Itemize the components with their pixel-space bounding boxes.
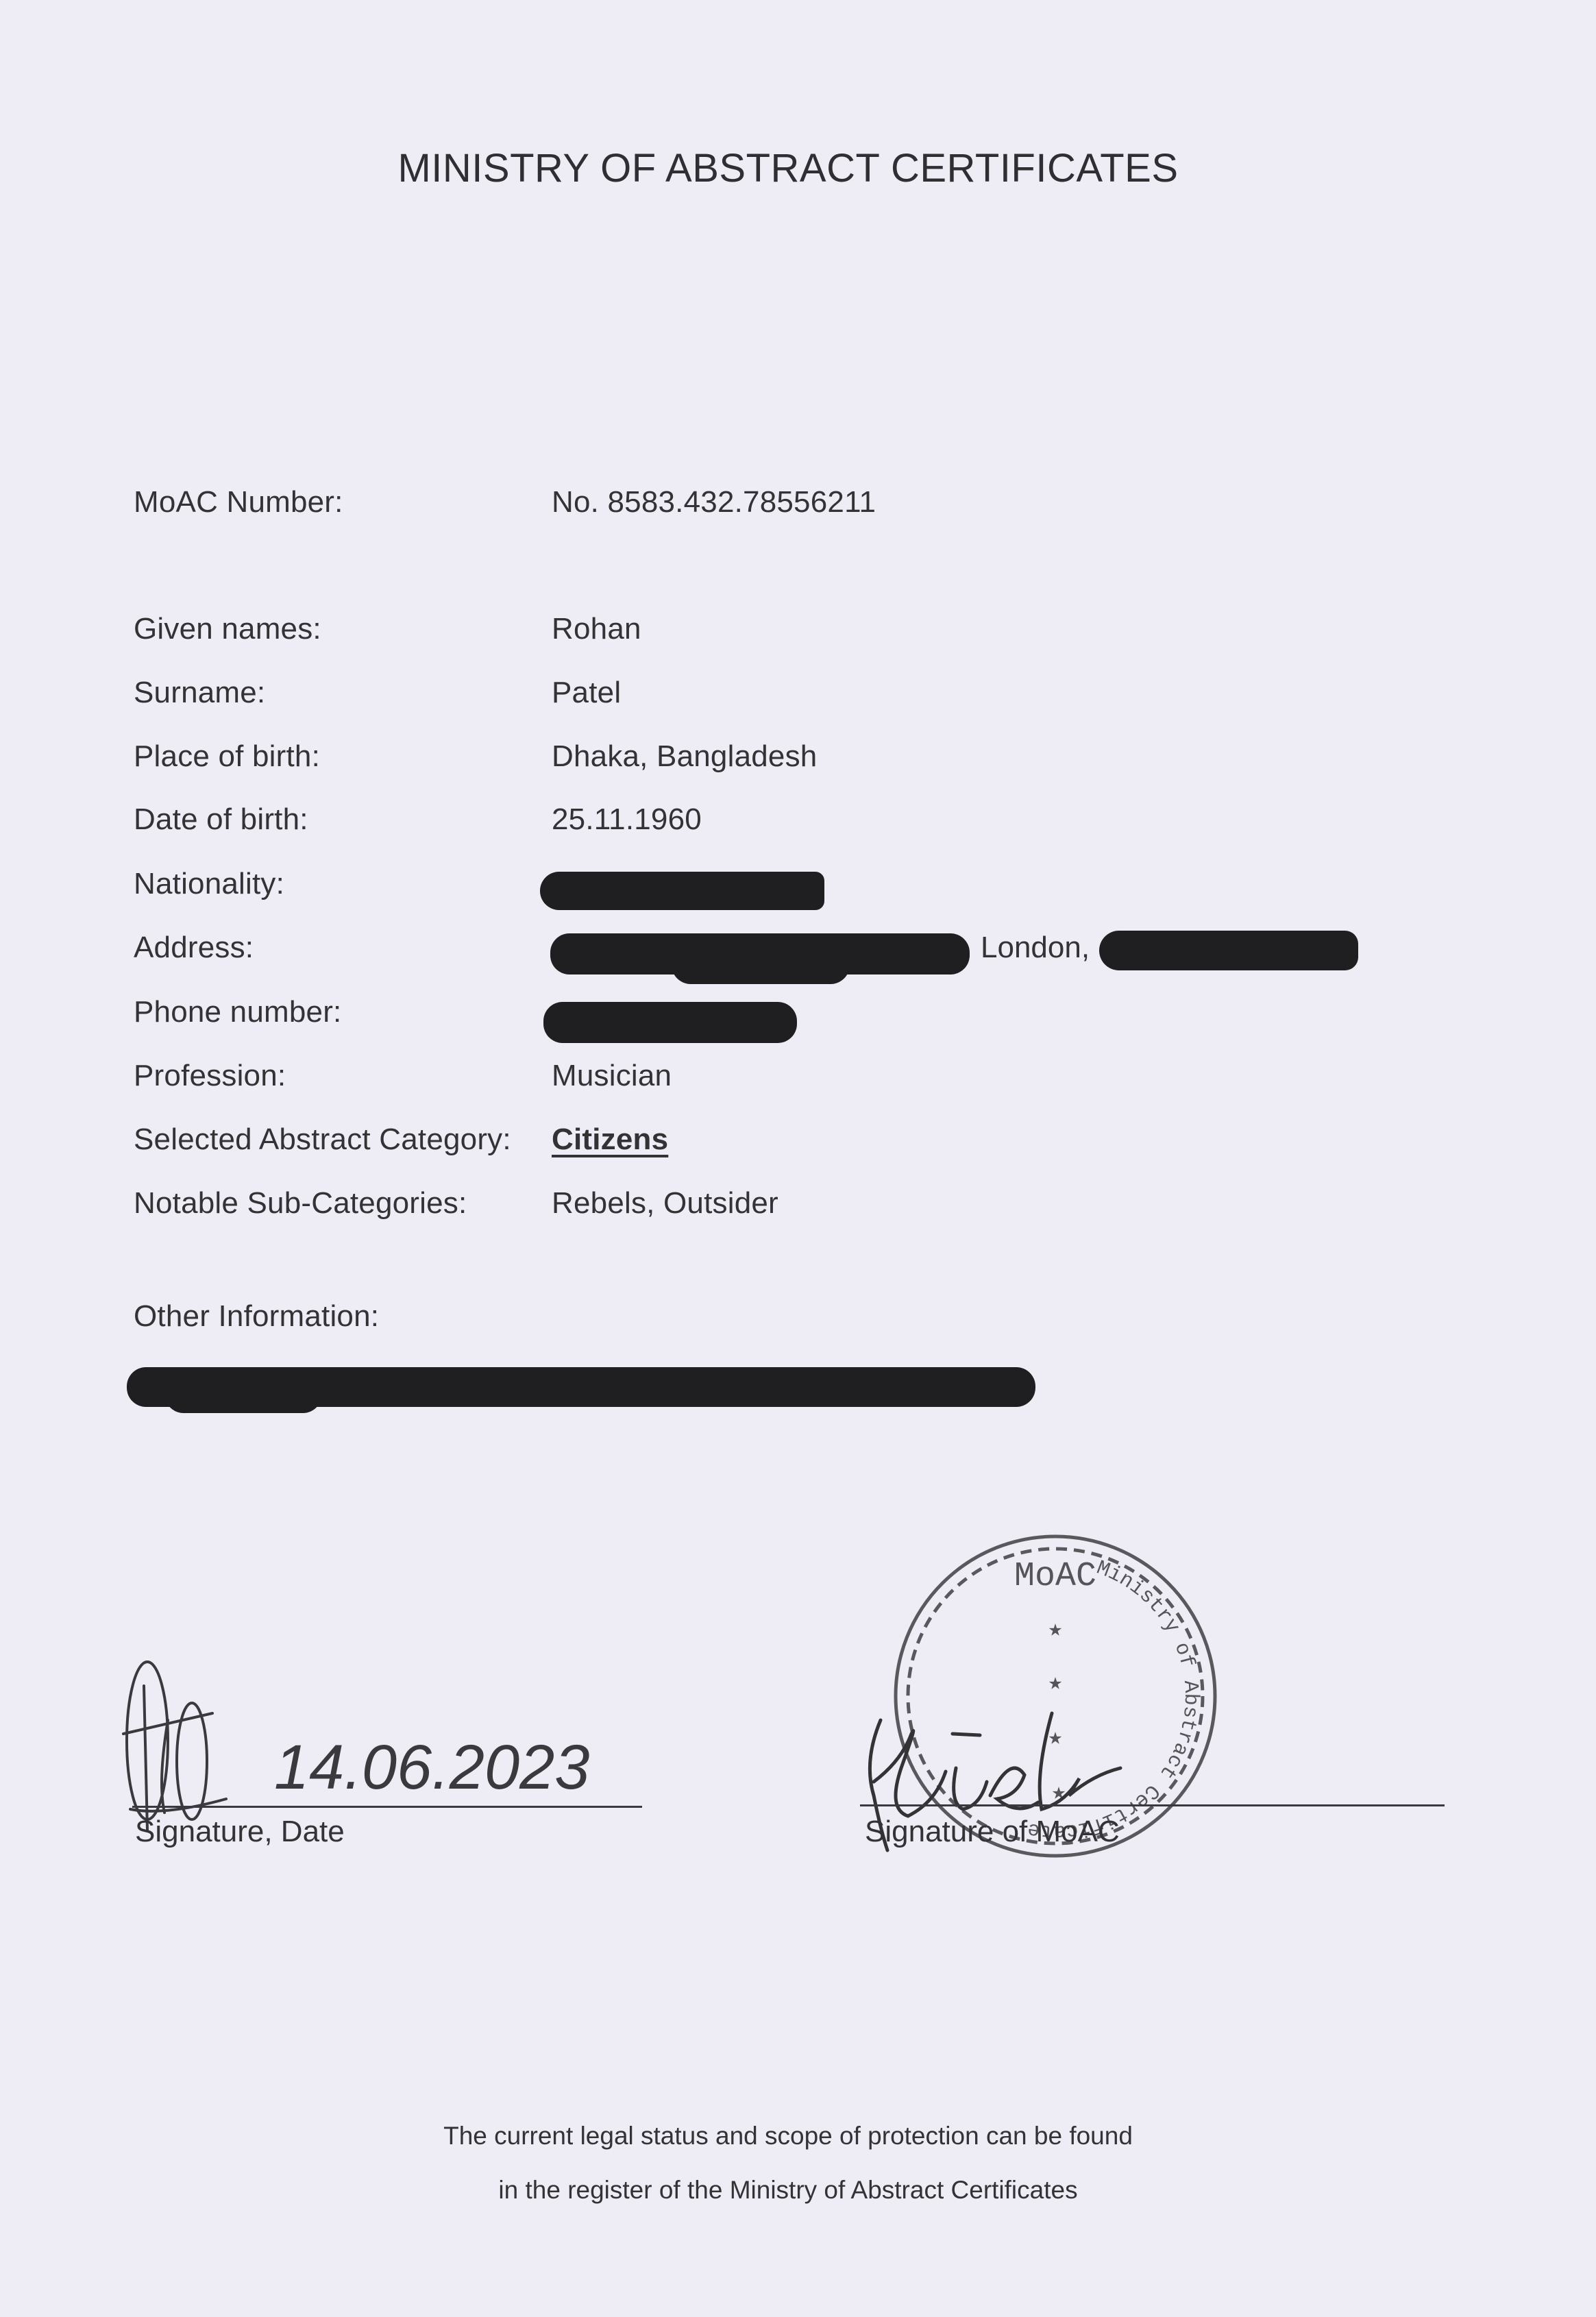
field-value: No. 8583.432.78556211 [552, 485, 876, 519]
field-label: Notable Sub-Categories: [134, 1186, 467, 1221]
field-surname: Surname: Patel [0, 676, 1596, 717]
category-value: Citizens [552, 1123, 668, 1157]
address-city-text: London, [981, 931, 1090, 965]
field-label: Date of birth: [134, 802, 308, 837]
field-label: Profession: [134, 1059, 286, 1093]
field-label: MoAC Number: [134, 485, 343, 519]
field-label: Surname: [134, 676, 265, 710]
field-label: Phone number: [134, 995, 341, 1029]
field-value: Patel [552, 676, 621, 710]
handwritten-date: 14.06.2023 [274, 1727, 493, 1802]
field-other-information: Other Information: [0, 1299, 1596, 1340]
field-value: 25.11.1960 [552, 802, 702, 837]
field-label: Address: [134, 931, 254, 965]
field-value: Dhaka, Bangladesh [552, 739, 817, 774]
stamp-star-icon: ★ [1048, 1617, 1062, 1643]
moac-signature-label: Signature of MoAC [865, 1815, 1120, 1849]
holder-signature-label: Signature, Date [135, 1815, 345, 1849]
moac-signature-line [860, 1804, 1445, 1806]
field-label: Nationality: [134, 867, 284, 901]
footer-line-2: in the register of the Ministry of Abstr… [0, 2176, 1576, 2205]
field-label: Given names: [134, 612, 321, 646]
svg-text:14.06.2023: 14.06.2023 [274, 1732, 589, 1802]
field-phone-number: Phone number: [0, 995, 1596, 1036]
holder-signature-line [132, 1806, 642, 1808]
field-date-of-birth: Date of birth: 25.11.1960 [0, 802, 1596, 844]
field-label: Selected Abstract Category: [134, 1123, 511, 1157]
field-value: Musician [552, 1059, 672, 1093]
field-value: Rebels, Outsider [552, 1186, 778, 1221]
redaction-bar-other-information-overlap [164, 1371, 322, 1413]
holder-signature-scribble [116, 1658, 254, 1837]
field-notable-sub-categories: Notable Sub-Categories: Rebels, Outsider [0, 1186, 1596, 1227]
stamp-star-icon: ★ [1048, 1671, 1062, 1697]
field-label: Other Information: [134, 1299, 379, 1334]
redaction-bar-address-postcode [1099, 931, 1358, 970]
field-given-names: Given names: Rohan [0, 612, 1596, 653]
field-profession: Profession: Musician [0, 1059, 1596, 1100]
field-moac-number: MoAC Number: No. 8583.432.78556211 [0, 485, 1596, 526]
certificate-page: MINISTRY OF ABSTRACT CERTIFICATES MoAC N… [0, 0, 1596, 2317]
field-label: Place of birth: [134, 739, 320, 774]
stamp-center-text: MoAC [1014, 1557, 1096, 1596]
redaction-bar-address-street-overlap [672, 940, 850, 984]
field-value: Rohan [552, 612, 641, 646]
footer-line-1: The current legal status and scope of pr… [0, 2122, 1576, 2150]
document-title: MINISTRY OF ABSTRACT CERTIFICATES [0, 145, 1576, 191]
field-place-of-birth: Place of birth: Dhaka, Bangladesh [0, 739, 1596, 781]
redaction-bar-phone [543, 1002, 797, 1043]
field-selected-abstract-category: Selected Abstract Category: Citizens [0, 1123, 1596, 1164]
redaction-bar-nationality [540, 872, 824, 910]
